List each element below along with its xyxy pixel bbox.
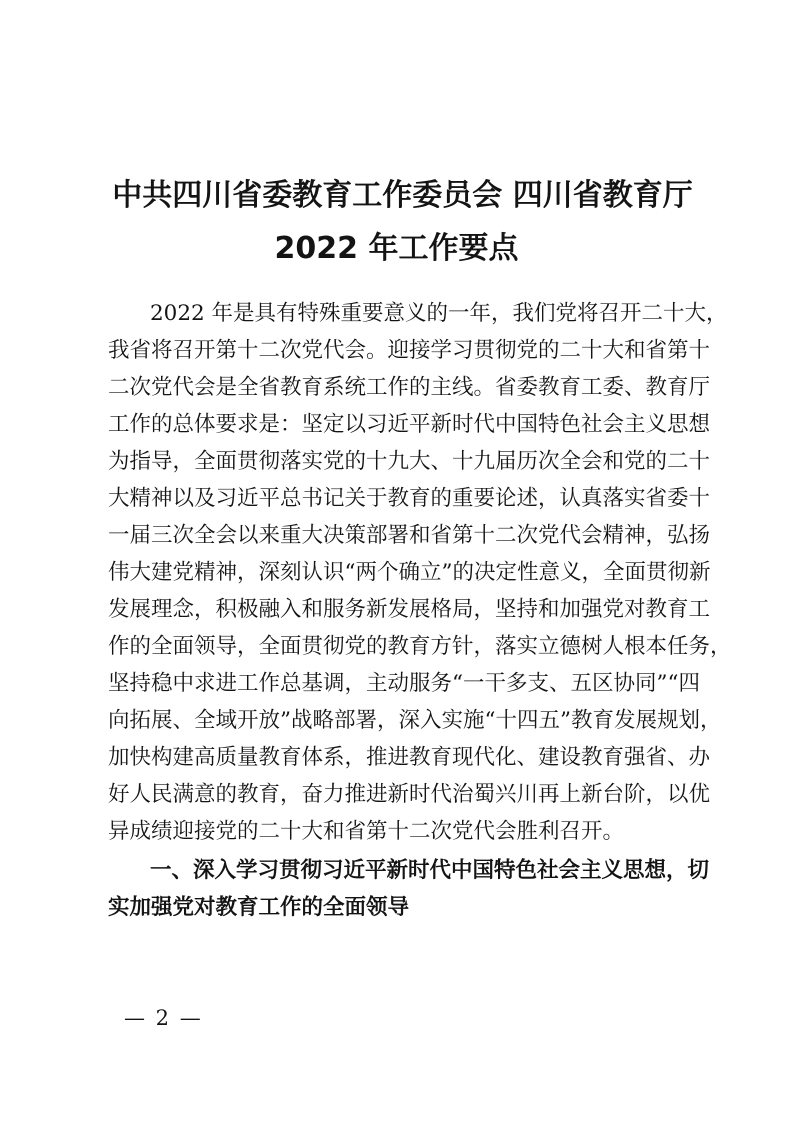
document-title-line1: 中共四川省委教育工作委员会 四川省教育厅 [6,176,793,216]
paragraph-line: 坚持稳中求进工作总基调，主动服务“一干多支、五区协同”“四 [108,669,690,699]
paragraph-line: 伟大建党精神，深刻认识“两个确立”的决定性意义，全面贯彻新 [108,558,690,588]
paragraph-line: 二次党代会是全省教育系统工作的主线。省委教育工委、教育厅 [108,373,690,403]
document-title-line2: 2022 年工作要点 [0,229,793,269]
paragraph-line: 向拓展、全域开放”战略部署，深入实施“十四五”教育发展规划， [108,706,690,736]
section-heading-line: 实加强党对教育工作的全面领导 [108,893,690,923]
paragraph-line: 一届三次全会以来重大决策部署和省第十二次党代会精神，弘扬 [108,521,690,551]
paragraph-line: 作的全面领导，全面贯彻党的教育方针，落实立德树人根本任务， [108,632,690,662]
paragraph-line: 好人民满意的教育，奋力推进新时代治蜀兴川再上新台阶，以优 [108,780,690,810]
paragraph-line: 我省将召开第十二次党代会。迎接学习贯彻党的二十大和省第十 [108,336,690,366]
paragraph-line: 异成绩迎接党的二十大和省第十二次党代会胜利召开。 [108,817,690,847]
paragraph-line: 大精神以及习近平总书记关于教育的重要论述，认真落实省委十 [108,484,690,514]
section-heading-line: 一、深入学习贯彻习近平新时代中国特色社会主义思想，切 [150,856,690,886]
paragraph-line: 2022 年是具有特殊重要意义的一年，我们党将召开二十大， [150,299,690,329]
page-number: — 2 — [124,1006,203,1030]
paragraph-line: 发展理念，积极融入和服务新发展格局，坚持和加强党对教育工 [108,595,690,625]
paragraph-line: 为指导，全面贯彻落实党的十九大、十九届历次全会和党的二十 [108,447,690,477]
paragraph-line: 加快构建高质量教育体系，推进教育现代化、建设教育强省、办 [108,743,690,773]
paragraph-line: 工作的总体要求是：坚定以习近平新时代中国特色社会主义思想 [108,410,690,440]
